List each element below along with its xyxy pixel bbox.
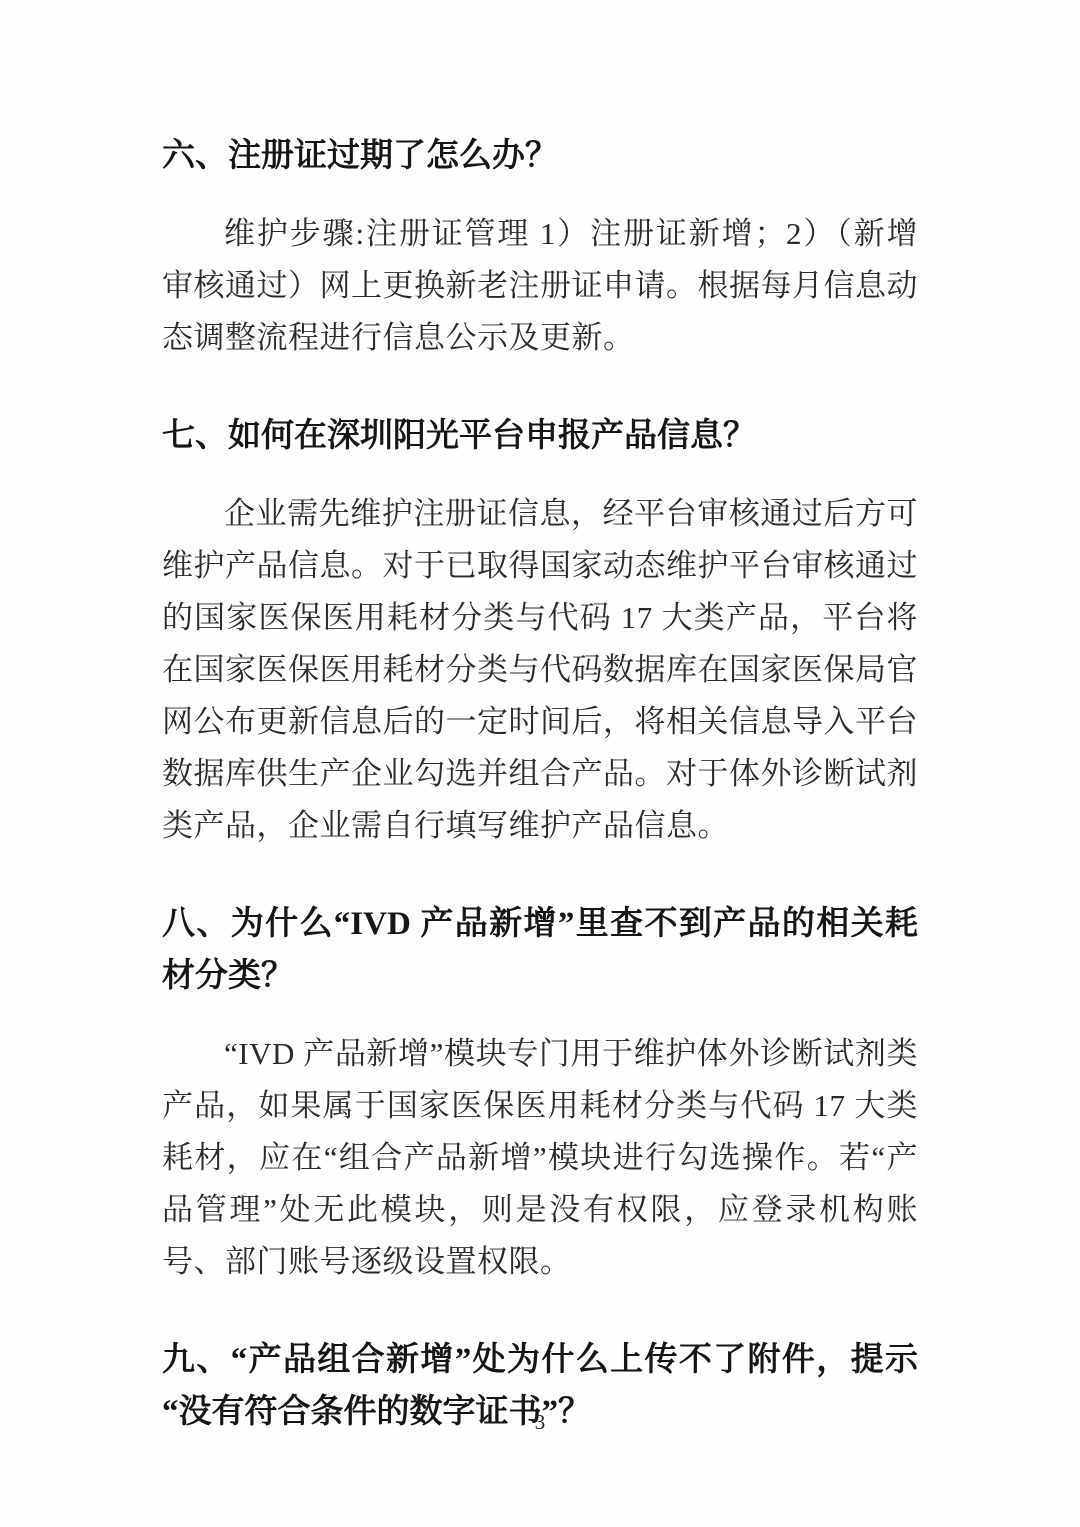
section-8-paragraph: “IVD 产品新增”模块专门用于维护体外诊断试剂类产品，如果属于国家医保医用耗材… (162, 1028, 918, 1288)
section-7-heading: 七、如何在深圳阳光平台申报产品信息？ (162, 410, 918, 462)
section-6-heading: 六、注册证过期了怎么办？ (162, 130, 918, 182)
section-7-paragraph: 企业需先维护注册证信息，经平台审核通过后方可维护产品信息。对于已取得国家动态维护… (162, 488, 918, 852)
page-number: 3 (0, 1410, 1080, 1435)
section-8-heading: 八、为什么“IVD 产品新增”里查不到产品的相关耗材分类？ (162, 898, 918, 1002)
document-content: 六、注册证过期了怎么办？ 维护步骤:注册证管理 1）注册证新增；2）（新增审核通… (0, 0, 1080, 1438)
document-page: 六、注册证过期了怎么办？ 维护步骤:注册证管理 1）注册证新增；2）（新增审核通… (0, 0, 1080, 1527)
section-6-paragraph: 维护步骤:注册证管理 1）注册证新增；2）（新增审核通过）网上更换新老注册证申请… (162, 208, 918, 364)
